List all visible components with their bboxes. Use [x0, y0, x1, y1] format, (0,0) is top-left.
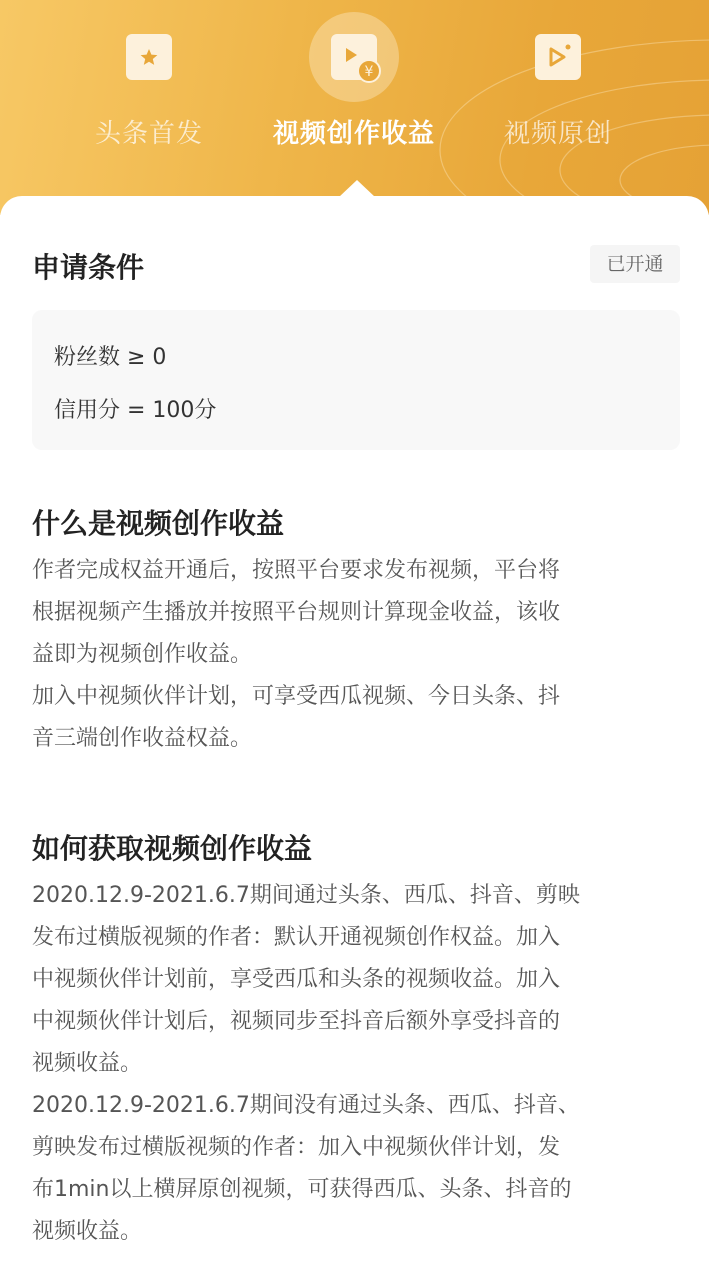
- paragraph-line: 布1min以上横屏原创视频，可获得西瓜、头条、抖音的: [32, 1169, 682, 1211]
- svg-text:¥: ¥: [365, 64, 374, 80]
- paragraph-line: 视频收益。: [32, 1211, 682, 1253]
- paragraph-line: 加入中视频伙伴计划，可享受西瓜视频、今日头条、抖: [32, 676, 682, 718]
- paragraph-line: 2020.12.9-2021.6.7期间通过头条、西瓜、抖音、剪映: [32, 875, 682, 917]
- condition-credit: 信用分 = 100分: [54, 393, 216, 424]
- paragraph-line: 根据视频产生播放并按照平台规则计算现金收益，该收: [32, 592, 682, 634]
- video-play-icon: [535, 34, 581, 80]
- paragraph-line: 益即为视频创作收益。: [32, 634, 682, 676]
- paragraph-line: 中视频伙伴计划后，视频同步至抖音后额外享受抖音的: [32, 1001, 682, 1043]
- how-to-title: 如何获取视频创作收益: [32, 827, 312, 867]
- what-is-title: 什么是视频创作收益: [32, 502, 284, 542]
- tab-label: 头条首发: [49, 113, 249, 150]
- status-badge: 已开通: [590, 245, 680, 283]
- star-icon: [126, 34, 172, 80]
- paragraph-line: 2020.12.9-2021.6.7期间没有通过头条、西瓜、抖音、: [32, 1085, 682, 1127]
- paragraph-line: 音三端创作收益权益。: [32, 718, 682, 760]
- video-yuan-icon: ¥: [331, 34, 377, 80]
- what-is-body: 作者完成权益开通后，按照平台要求发布视频，平台将 根据视频产生播放并按照平台规则…: [32, 550, 682, 760]
- paragraph-line: 作者完成权益开通后，按照平台要求发布视频，平台将: [32, 550, 682, 592]
- conditions-box: 粉丝数 ≥ 0 信用分 = 100分: [32, 310, 680, 450]
- tab-label: 视频创作收益: [254, 113, 454, 150]
- paragraph-line: 中视频伙伴计划前，享受西瓜和头条的视频收益。加入: [32, 959, 682, 1001]
- paragraph-line: 剪映发布过横版视频的作者：加入中视频伙伴计划，发: [32, 1127, 682, 1169]
- paragraph-line: 发布过横版视频的作者：默认开通视频创作权益。加入: [32, 917, 682, 959]
- conditions-title: 申请条件: [32, 246, 144, 286]
- paragraph-line: 视频收益。: [32, 1043, 682, 1085]
- tab-label: 视频原创: [458, 113, 658, 150]
- condition-fans: 粉丝数 ≥ 0: [54, 340, 166, 371]
- active-tab-pointer: [339, 180, 375, 197]
- how-to-body: 2020.12.9-2021.6.7期间通过头条、西瓜、抖音、剪映 发布过横版视…: [32, 875, 682, 1253]
